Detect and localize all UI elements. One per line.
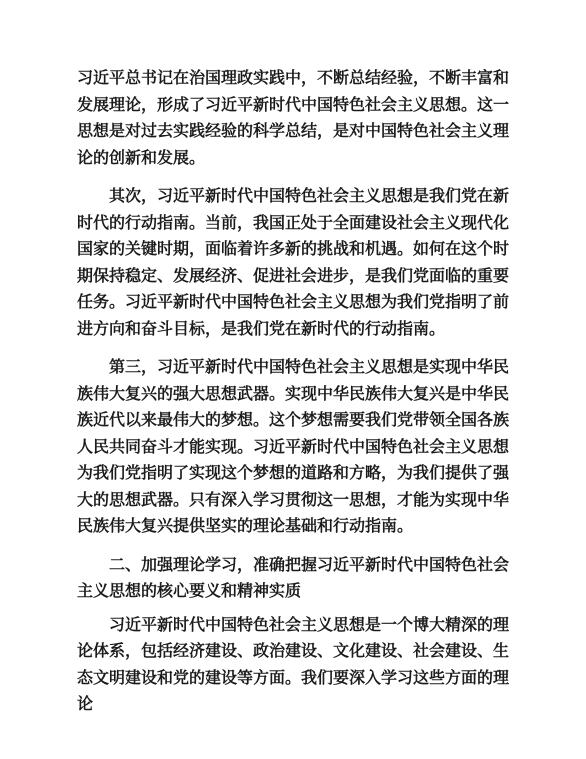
document-text-block: 习近平总书记在治国理政实践中，不断总结经验，不断丰富和发展理论，形成了习近平新时… bbox=[77, 66, 509, 731]
body-paragraph: 第三，习近平新时代中国特色社会主义思想是实现中华民族伟大复兴的强大思想武器。实现… bbox=[77, 355, 509, 541]
paragraph-continuation: 习近平总书记在治国理政实践中，不断总结经验，不断丰富和发展理论，形成了习近平新时… bbox=[77, 66, 509, 172]
section-heading: 二、加强理论学习，准确把握习近平新时代中国特色社会主义思想的核心要义和精神实质 bbox=[77, 553, 509, 606]
body-paragraph: 习近平新时代中国特色社会主义思想是一个博大精深的理论体系，包括经济建设、政治建设… bbox=[77, 613, 509, 719]
body-paragraph: 其次，习近平新时代中国特色社会主义思想是我们党在新时代的行动指南。当前，我国正处… bbox=[77, 184, 509, 343]
document-page: 习近平总书记在治国理政实践中，不断总结经验，不断丰富和发展理论，形成了习近平新时… bbox=[0, 0, 586, 759]
